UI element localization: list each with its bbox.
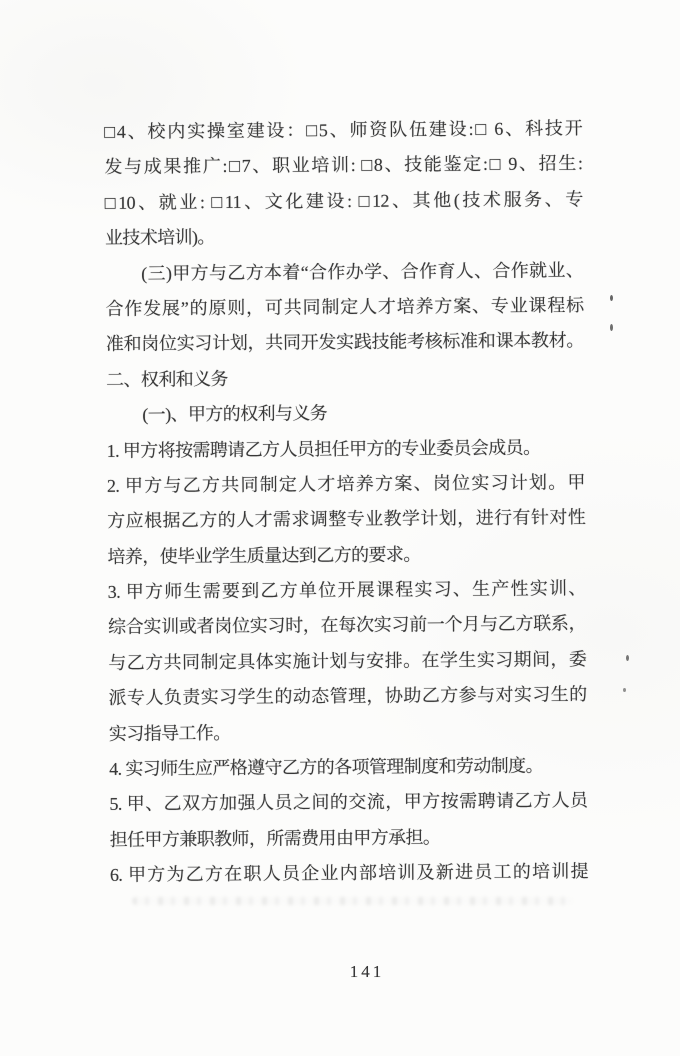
contract-line: 4. 实习师生应严格遵守乙方的各项管理制度和劳动制度。 (109, 748, 587, 787)
contract-line: 6. 甲方为乙方在职人员企业内部培训及新进员工的培训提 (110, 854, 588, 893)
contract-line: □4、校内实操室建设：□5、师资队伍建设:□ 6、科技开 (104, 111, 582, 150)
section-heading-rights-obligations: 二、权利和义务 (106, 359, 584, 398)
scan-speckle (623, 688, 626, 692)
contract-line: 5. 甲、乙双方加强人员之间的交流，甲方按需聘请乙方人员 (109, 784, 587, 823)
contract-line: 担任甲方兼职教师，所需费用由甲方承担。 (110, 819, 588, 858)
contract-line: 发与成果推广:□7、职业培训: □8、技能鉴定:□ 9、招生: (104, 147, 582, 186)
scan-speckle (610, 295, 613, 301)
contract-line: 与乙方共同制定具体实施计划与安排。在学生实习期间，委 (108, 642, 586, 681)
contract-line: □10、就业: □11、文化建设: □12、其他(技术服务、专 (105, 182, 583, 221)
scan-speckle (610, 324, 613, 331)
contract-line: (三)甲方与乙方本着“合作办学、合作育人、合作就业、 (105, 253, 583, 292)
contract-line: 合作发展”的原则，可共同制定人才培养方案、专业课程标 (105, 288, 583, 327)
scan-speckle (626, 655, 629, 661)
contract-line: 3. 甲方师生需要到乙方单位开展课程实习、生产性实训、 (108, 571, 586, 610)
page-number: 141 (0, 962, 680, 982)
contract-body-text: □4、校内实操室建设：□5、师资队伍建设:□ 6、科技开 发与成果推广:□7、职… (104, 111, 588, 893)
contract-line: 方应根据乙方的人才需求调整专业教学计划，进行有针对性 (107, 500, 585, 539)
contract-line: 2. 甲方与乙方共同制定人才培养方案、岗位实习计划。甲 (107, 465, 585, 504)
subsection-heading-party-a: (一)、甲方的权利与义务 (106, 394, 584, 433)
contract-line: 实习指导工作。 (109, 713, 587, 752)
contract-line: 综合实训或者岗位实习时，在每次实习前一个月与乙方联系， (108, 607, 586, 646)
scanned-contract-page: □4、校内实操室建设：□5、师资队伍建设:□ 6、科技开 发与成果推广:□7、职… (0, 0, 680, 1056)
contract-line: 业技术培训)。 (105, 217, 583, 256)
contract-line: 培养，使毕业学生质量达到乙方的要求。 (107, 536, 585, 575)
contract-line: 1. 甲方将按需聘请乙方人员担任甲方的专业委员会成员。 (107, 430, 585, 469)
bleedthrough-artifact (132, 897, 574, 905)
contract-line: 准和岗位实习计划，共同开发实践技能考核标准和课本教材。 (106, 323, 584, 362)
contract-line: 派专人负责实习学生的动态管理，协助乙方参与对实习生的 (108, 677, 586, 716)
